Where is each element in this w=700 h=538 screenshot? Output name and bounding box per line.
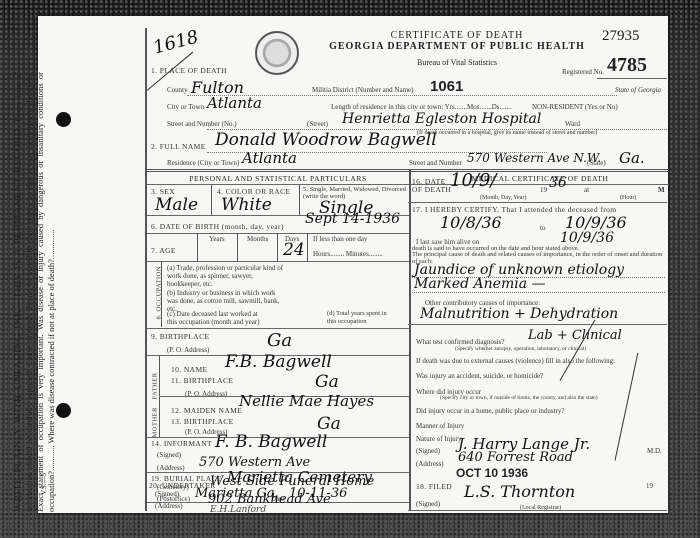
test-label: What test confirmed diagnosis? xyxy=(416,338,504,346)
residence-street: 570 Western Ave N.W. xyxy=(467,151,601,165)
rule xyxy=(147,169,669,172)
physician-address-label: (Address) xyxy=(416,460,444,468)
full-name-value: Donald Woodrow Bagwell xyxy=(215,130,437,150)
test-value: Lab + Clinical xyxy=(528,328,622,343)
birthplace-label: 9. BIRTHPLACE xyxy=(151,332,210,341)
date-of-death-year: 36 xyxy=(549,175,567,191)
injury-where-sub: (Specify city or town, if outside of lim… xyxy=(440,395,598,401)
hours-minutes-label: Hours........ Minutes........ xyxy=(313,250,383,258)
undertaker-note: E.H.Lanford xyxy=(210,505,266,515)
binder-hole xyxy=(56,112,71,127)
rule xyxy=(211,185,212,215)
month-day-year-label: (Month, Day, Year) xyxy=(480,195,526,201)
nonresident-label: NON-RESIDENT (Yes or No) xyxy=(532,103,618,111)
at-label: at xyxy=(584,186,589,194)
father-name: F.B. Bagwell xyxy=(225,352,332,372)
meridiem-label: M xyxy=(658,186,665,194)
militia-district: 1061 xyxy=(430,78,463,95)
city-label: City or Town xyxy=(167,103,204,111)
undertaker-address-label: (Address) xyxy=(155,502,183,510)
certificate-title: CERTIFICATE OF DEATH xyxy=(307,30,607,41)
form-code: V.S.—5 xyxy=(40,473,48,495)
age-label: 7. AGE xyxy=(151,246,176,255)
city-value: Atlanta xyxy=(207,94,262,112)
mother-side-label: MOTHER xyxy=(152,398,159,438)
mother-name: Nellie Mae Hayes xyxy=(239,392,374,410)
margin-note: 1618 xyxy=(151,26,201,58)
father-birthplace-label: 11. BIRTHPLACE xyxy=(171,376,233,385)
less-than-day-label: If less than one day xyxy=(313,235,367,243)
color-value: White xyxy=(221,195,272,215)
filed-date-stamp: OCT 10 1936 xyxy=(456,466,528,480)
binder-hole xyxy=(56,403,71,418)
filed-label: 18. FILED xyxy=(416,482,452,491)
rule xyxy=(408,324,667,325)
georgia-seal-icon xyxy=(255,31,299,75)
place-of-death-label: 1. PLACE OF DEATH xyxy=(151,66,227,75)
registered-number: 4785 xyxy=(607,54,647,77)
informant-address-label: (Address) xyxy=(157,464,185,472)
rule xyxy=(161,261,162,327)
column-divider xyxy=(409,170,411,511)
rule xyxy=(410,292,665,293)
side-notice: WRITE PLAINLY WITH UNFADING INK—THIS IS … xyxy=(13,72,57,512)
md-label: M.D. xyxy=(647,447,662,455)
father-side-label: FATHER xyxy=(152,360,159,400)
registered-label: Registered No. xyxy=(562,68,604,76)
informant-signed-label: (Signed) xyxy=(157,451,181,459)
dob-value: Sept 14-1936 xyxy=(305,211,400,227)
age-days: 24 xyxy=(283,240,305,260)
injury-place-label: Did injury occur in a home, public place… xyxy=(416,407,565,415)
undertaker-name: West Side Funeral Home xyxy=(210,474,374,489)
file-number: 27935 xyxy=(602,28,640,45)
rule xyxy=(147,328,409,329)
rule xyxy=(237,233,238,261)
rule xyxy=(147,184,669,185)
informant-name: F. B. Bagwell xyxy=(215,432,327,452)
nature-label: Nature of Injury xyxy=(416,435,461,443)
po-address-label: (P. O. Address) xyxy=(167,346,209,354)
birthplace-value: Ga xyxy=(267,330,292,351)
rule xyxy=(147,261,409,262)
external-causes-label: If death was due to external causes (vio… xyxy=(416,357,615,365)
ward-label: Ward xyxy=(565,120,580,128)
undertaker-label: 20. UNDERTAKER xyxy=(149,481,216,490)
personal-section-title: PERSONAL AND STATISTICAL PARTICULARS xyxy=(147,174,409,183)
last-saw-date: 10/9/36 xyxy=(560,230,614,246)
manner-label: Manner of Injury xyxy=(416,422,464,430)
residence-state: Ga. xyxy=(619,149,645,167)
occupation-c-label: (c) Date deceased last worked at this oc… xyxy=(167,310,267,326)
occupation-d-label: (d) Total years spent in this occupation xyxy=(327,310,397,326)
rule xyxy=(408,510,667,511)
rule xyxy=(408,202,667,203)
state-label: State of Georgia xyxy=(615,86,661,94)
sex-value: Male xyxy=(155,195,198,215)
residence-label: Residence (City or Town) xyxy=(167,159,239,167)
years-label: Years xyxy=(209,235,225,243)
filed-year-label: 19 xyxy=(646,482,653,490)
cause-secondary: Marked Anemia — xyxy=(414,276,546,292)
informant-label: 14. INFORMANT xyxy=(151,439,212,448)
hospital-note: (If death occurred in a hospital, give i… xyxy=(417,130,597,136)
year-prefix-label: 19 xyxy=(540,186,547,194)
county-label: County xyxy=(167,86,188,94)
mother-birthplace-label: 13. BIRTHPLACE xyxy=(171,417,234,426)
rule xyxy=(597,78,667,79)
occupation-a-label: (a) Trade, profession or particular kind… xyxy=(167,264,287,288)
attended-from-date: 10/8/36 xyxy=(440,213,502,232)
test-sub-label: (Specify whether autopsy, operation, lab… xyxy=(455,346,586,352)
certificate-header: CERTIFICATE OF DEATH GEORGIA DEPARTMENT … xyxy=(307,28,607,67)
months-label: Months xyxy=(247,235,268,243)
registrar-signature: L.S. Thornton xyxy=(464,482,575,501)
physician-signed-label: (Signed) xyxy=(416,447,440,455)
residence-city: Atlanta xyxy=(242,149,297,167)
rule xyxy=(147,233,409,234)
mother-birthplace: Ga xyxy=(317,414,341,434)
bureau-name: Bureau of Vital Statistics xyxy=(307,58,607,67)
full-name-label: 2. FULL NAME xyxy=(151,142,206,151)
department-name: GEORGIA DEPARTMENT OF PUBLIC HEALTH xyxy=(307,41,607,52)
hour-label: (Hour) xyxy=(620,195,636,201)
state-sub-label: (State) xyxy=(587,159,606,167)
injury-type-label: Was injury an accident, suicide, or homi… xyxy=(416,372,543,380)
residence-street-label: Street and Number xyxy=(409,159,462,167)
rule xyxy=(307,233,308,261)
side-notice-heading: WRITE PLAINLY WITH UNFADING INK—THIS IS … xyxy=(13,126,24,513)
undertaker-signed-label: (Signed) xyxy=(155,490,179,498)
physician-address: 640 Forrest Road xyxy=(458,450,573,465)
street-label: Street and Number (No.) xyxy=(167,120,237,128)
registrar-signed-label: (Signed) xyxy=(416,500,440,508)
father-birthplace: Ga xyxy=(315,372,339,392)
mother-name-label: 12. MAIDEN NAME xyxy=(171,406,242,415)
date-of-death-label: 16. DATE OF DEATH xyxy=(412,178,452,194)
dob-label: 6. DATE OF BIRTH (month, day, year) xyxy=(151,222,284,231)
street-sub-label: (Street) xyxy=(307,120,328,128)
residence-length-label: Length of residence in this city or town… xyxy=(331,103,512,111)
date-of-death: 10/9/ xyxy=(450,170,497,191)
to-label: to xyxy=(540,224,545,232)
rule xyxy=(277,233,278,261)
contributory-causes: Malnutrition + Dehydration xyxy=(420,306,618,322)
father-name-label: 10. NAME xyxy=(171,365,208,374)
militia-label: Militia District (Number and Name) xyxy=(312,86,413,94)
place-of-death-street: Henrietta Egleston Hospital xyxy=(342,111,541,127)
rule xyxy=(299,185,300,215)
rule xyxy=(197,233,198,261)
